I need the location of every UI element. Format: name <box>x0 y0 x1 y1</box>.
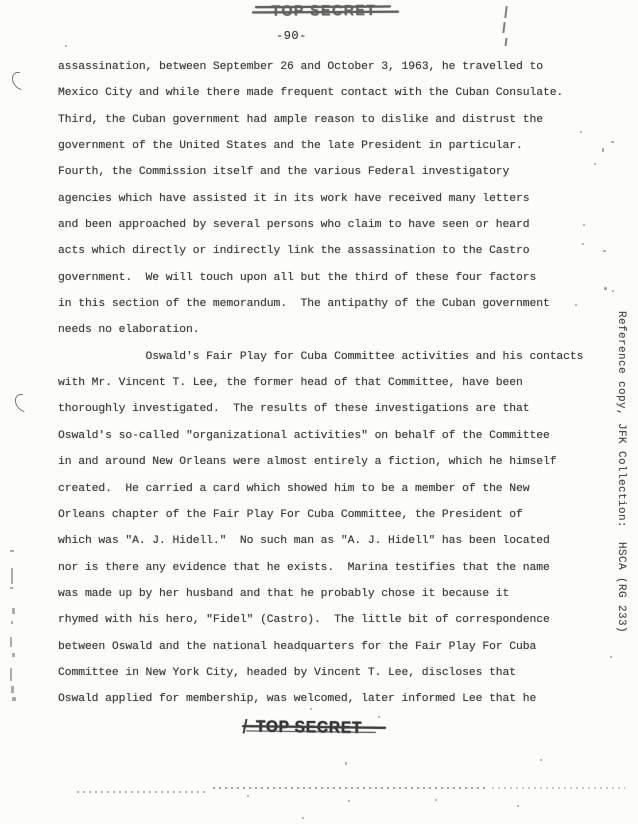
scan-dotted-line <box>213 787 485 789</box>
fold-mark <box>504 6 507 18</box>
scan-speck <box>604 287 607 290</box>
fold-mark <box>502 22 505 33</box>
pen-mark-arc <box>11 391 35 416</box>
scan-artifact <box>12 697 16 701</box>
scan-artifact <box>10 637 12 647</box>
scan-artifact <box>10 550 14 552</box>
text-line: agencies which have assisted it in its w… <box>58 186 583 212</box>
document-page: TOP SECRET -90- assassination, between S… <box>0 0 638 824</box>
scan-speck <box>247 795 249 797</box>
text-line: acts which directly or indirectly link t… <box>58 238 583 264</box>
body-text: assassination, between September 26 and … <box>58 54 583 713</box>
scan-speck <box>610 656 612 658</box>
scan-speck <box>378 716 380 718</box>
scan-speck <box>345 762 347 765</box>
scan-speck <box>580 131 582 133</box>
text-line: Fourth, the Commission itself and the va… <box>58 159 583 185</box>
scan-speck <box>602 148 604 152</box>
scan-dotted-line <box>77 791 207 793</box>
scan-speck <box>310 708 312 710</box>
scan-artifact <box>12 653 15 657</box>
text-line: Third, the Cuban government had ample re… <box>58 107 583 133</box>
text-line: Orleans chapter of the Fair Play For Cub… <box>58 502 583 528</box>
pen-mark-arc <box>8 69 32 94</box>
scan-artifact <box>10 587 13 589</box>
text-line: between Oswald and the national headquar… <box>58 634 583 660</box>
text-line: which was "A. J. Hidell." No such man as… <box>58 528 583 554</box>
text-line: thoroughly investigated. The results of … <box>58 396 583 422</box>
text-line: in this section of the memorandum. The a… <box>58 291 583 317</box>
text-line: assassination, between September 26 and … <box>58 54 583 80</box>
strike-line <box>252 11 399 14</box>
text-line: Oswald's Fair Play for Cuba Committee ac… <box>58 344 583 370</box>
scan-speck <box>302 817 304 819</box>
text-line: Oswald's so-called "organizational activ… <box>58 423 583 449</box>
scan-artifact <box>11 621 13 624</box>
scan-speck <box>348 800 350 802</box>
text-line: needs no elaboration. <box>58 317 583 343</box>
text-line: in and around New Orleans were almost en… <box>58 449 583 475</box>
text-line: government of the United States and the … <box>58 133 583 159</box>
text-line: rhymed with his hero, "Fidel" (Castro). … <box>58 607 583 633</box>
scan-speck <box>517 805 519 807</box>
scan-speck <box>582 243 584 245</box>
scan-artifact <box>11 686 14 693</box>
scan-dotted-line <box>492 787 625 789</box>
scan-speck <box>603 250 606 252</box>
text-line: and been approached by several persons w… <box>58 212 583 238</box>
fold-mark <box>505 38 508 46</box>
text-line: Committee in New York City, headed by Vi… <box>58 660 583 686</box>
scan-speck <box>435 799 437 801</box>
text-line: Mexico City and while there made frequen… <box>58 80 583 106</box>
archive-reference-stamp: Reference copy, JFK Collection: HSCA (RG… <box>615 311 627 633</box>
page-number: -90- <box>276 29 307 43</box>
scan-speck <box>611 141 614 143</box>
top-secret-stamp-header: TOP SECRET <box>265 1 383 19</box>
scan-speck <box>594 163 596 165</box>
text-line: created. He carried a card which showed … <box>58 476 583 502</box>
text-line: was made up by her husband and that he p… <box>58 581 583 607</box>
text-line: with Mr. Vincent T. Lee, the former head… <box>58 370 583 396</box>
scan-speck <box>583 224 585 226</box>
scan-artifact <box>11 568 13 584</box>
top-secret-stamp-footer: TOP SECRET <box>250 718 368 739</box>
text-line: government. We will touch upon all but t… <box>58 265 583 291</box>
scan-speck <box>65 45 67 47</box>
text-line: Oswald applied for membership, was welco… <box>58 686 583 712</box>
scan-speck <box>612 290 614 292</box>
scan-speck <box>540 759 542 761</box>
text-line: nor is there any evidence that he exists… <box>58 555 583 581</box>
scan-artifact <box>10 668 12 681</box>
scan-speck <box>575 304 577 306</box>
scan-artifact <box>12 608 15 614</box>
